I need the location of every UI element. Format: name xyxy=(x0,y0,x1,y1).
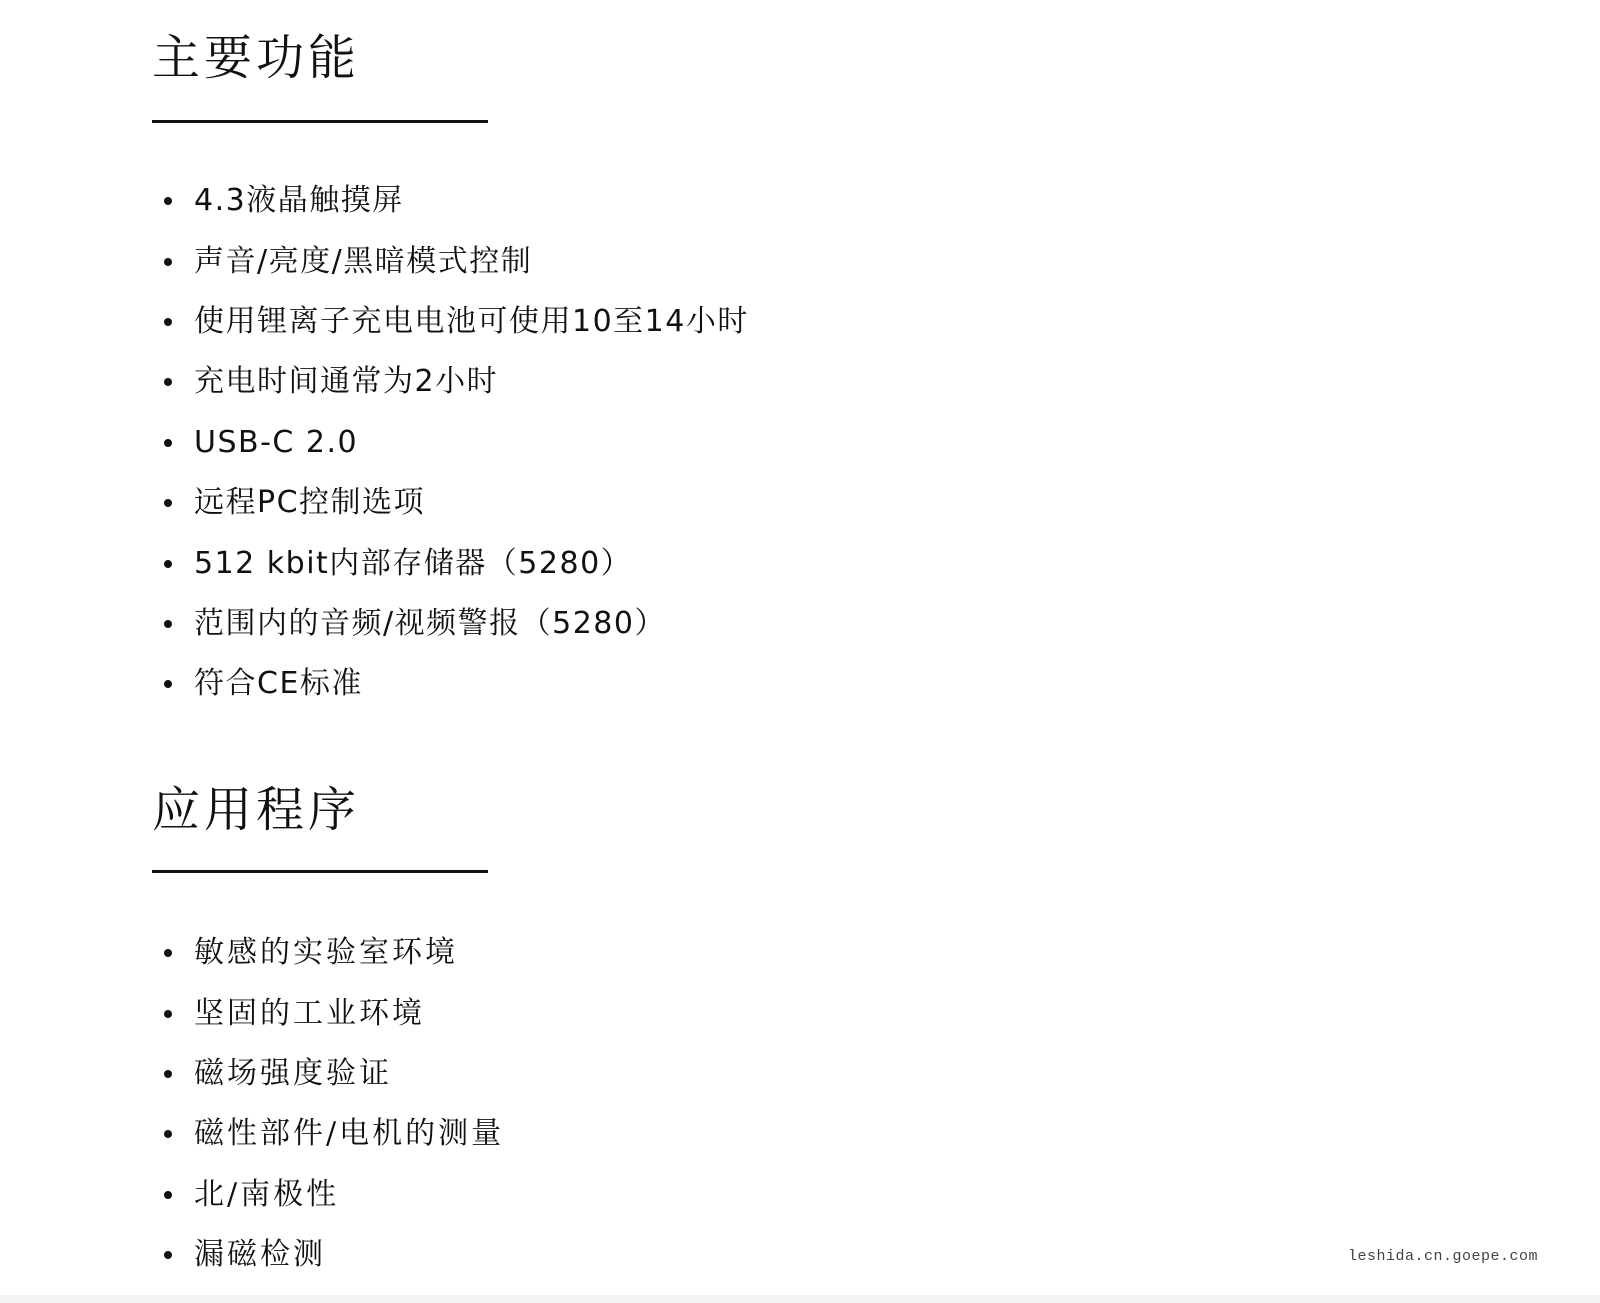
section-applications: 应用程序 敏感的实验室环境 坚固的工业环境 磁场强度验证 磁性部件/电机的测量 … xyxy=(152,780,504,1285)
bullet-icon xyxy=(164,318,172,326)
list-item-text: 充电时间通常为2小时 xyxy=(194,362,498,402)
list-item-text: USB-C 2.0 xyxy=(194,423,358,463)
bullet-icon xyxy=(164,560,172,568)
features-list: 4.3液晶触摸屏 声音/亮度/黑暗模式控制 使用锂离子充电电池可使用10至14小… xyxy=(152,171,749,715)
bullet-icon xyxy=(164,680,172,688)
list-item-text: 使用锂离子充电电池可使用10至14小时 xyxy=(194,302,749,342)
section-main-features: 主要功能 4.3液晶触摸屏 声音/亮度/黑暗模式控制 使用锂离子充电电池可使用1… xyxy=(152,28,749,715)
list-item-text: 范围内的音频/视频警报（5280） xyxy=(194,604,666,644)
bullet-icon xyxy=(164,1191,172,1199)
bullet-icon xyxy=(164,949,172,957)
list-item-text: 敏感的实验室环境 xyxy=(194,933,458,973)
list-item: 4.3液晶触摸屏 xyxy=(152,171,749,231)
bullet-icon xyxy=(164,620,172,628)
list-item-text: 北/南极性 xyxy=(194,1175,339,1215)
list-item: 充电时间通常为2小时 xyxy=(152,352,749,412)
list-item: 声音/亮度/黑暗模式控制 xyxy=(152,231,749,291)
bullet-icon xyxy=(164,1130,172,1138)
title-underline-divider xyxy=(152,120,488,123)
list-item: 漏磁检测 xyxy=(152,1225,504,1285)
list-item-text: 磁场强度验证 xyxy=(194,1054,392,1094)
bullet-icon xyxy=(164,1010,172,1018)
bullet-icon xyxy=(164,439,172,447)
list-item-text: 512 kbit内部存储器（5280） xyxy=(194,544,632,584)
list-item-text: 远程PC控制选项 xyxy=(194,483,425,523)
bullet-icon xyxy=(164,1070,172,1078)
list-item-text: 磁性部件/电机的测量 xyxy=(194,1114,504,1154)
list-item: 磁场强度验证 xyxy=(152,1044,504,1104)
list-item: 远程PC控制选项 xyxy=(152,473,749,533)
list-item: 范围内的音频/视频警报（5280） xyxy=(152,594,749,654)
bottom-edge-strip xyxy=(0,1295,1600,1303)
list-item-text: 漏磁检测 xyxy=(194,1235,326,1275)
list-item-text: 声音/亮度/黑暗模式控制 xyxy=(194,242,532,282)
list-item: 符合CE标准 xyxy=(152,654,749,714)
list-item-text: 坚固的工业环境 xyxy=(194,994,425,1034)
list-item: 使用锂离子充电电池可使用10至14小时 xyxy=(152,292,749,352)
bullet-icon xyxy=(164,378,172,386)
watermark-text: leshida.cn.goepe.com xyxy=(1348,1248,1538,1265)
section-title-applications: 应用程序 xyxy=(152,780,504,840)
bullet-icon xyxy=(164,197,172,205)
list-item-text: 符合CE标准 xyxy=(194,664,363,704)
title-underline-divider xyxy=(152,870,488,873)
list-item-text: 4.3液晶触摸屏 xyxy=(194,181,404,221)
list-item: 512 kbit内部存储器（5280） xyxy=(152,533,749,593)
list-item: 坚固的工业环境 xyxy=(152,983,504,1043)
list-item: USB-C 2.0 xyxy=(152,413,749,473)
section-title-main-features: 主要功能 xyxy=(152,28,749,88)
bullet-icon xyxy=(164,258,172,266)
list-item: 敏感的实验室环境 xyxy=(152,923,504,983)
list-item: 北/南极性 xyxy=(152,1165,504,1225)
list-item: 磁性部件/电机的测量 xyxy=(152,1104,504,1164)
bullet-icon xyxy=(164,1251,172,1259)
applications-list: 敏感的实验室环境 坚固的工业环境 磁场强度验证 磁性部件/电机的测量 北/南极性… xyxy=(152,923,504,1285)
bullet-icon xyxy=(164,499,172,507)
